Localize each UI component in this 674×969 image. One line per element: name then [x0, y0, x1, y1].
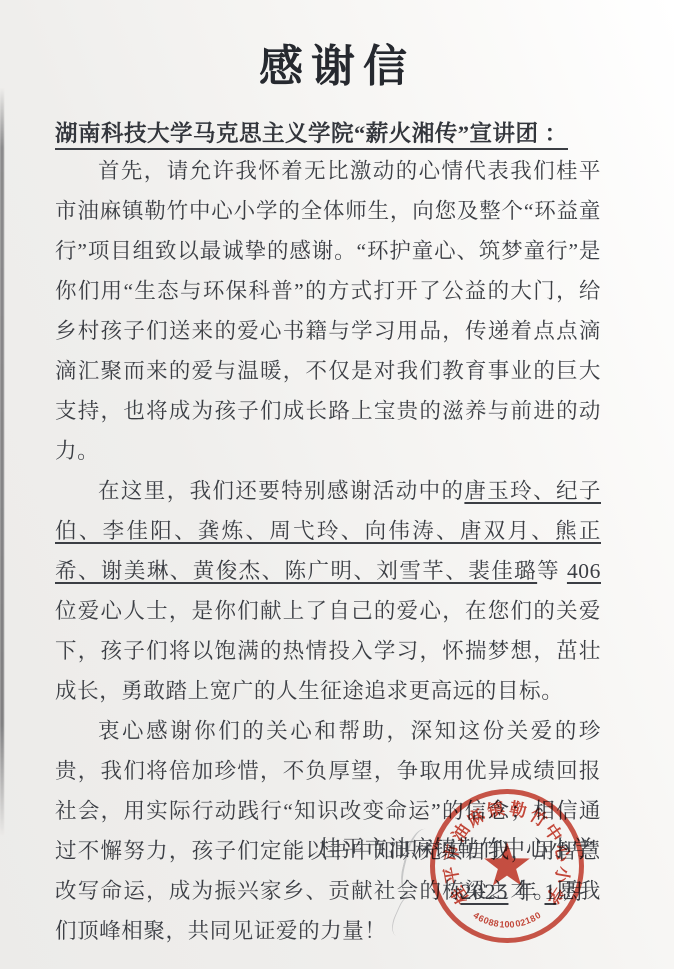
official-red-seal: 桂平市油麻镇勒竹中心小学4608810002180	[430, 789, 584, 943]
salutation-text: 湖南科技大学马克思主义学院“薪火湘传”宣讲团 ：	[55, 121, 568, 150]
seal-star-icon	[476, 836, 538, 896]
letter-title: 感谢信	[0, 30, 674, 94]
letter-salutation: 湖南科技大学马克思主义学院“薪火湘传”宣讲团 ：	[55, 116, 568, 148]
photo-left-edge-shadow	[0, 88, 4, 836]
thank-you-letter-page: 感谢信 湖南科技大学马克思主义学院“薪火湘传”宣讲团 ： 首先，请允许我怀着无比…	[0, 0, 674, 969]
paragraph-1: 首先，请允许我怀着无比激动的心情代表我们桂平市油麻镇勒竹中心小学的全体师生，向您…	[55, 151, 601, 471]
paragraph-2: 在这里，我们还要特别感谢活动中的唐玉玲、纪子伯、李佳阳、龚炼、周弋玲、向伟涛、唐…	[55, 471, 601, 711]
